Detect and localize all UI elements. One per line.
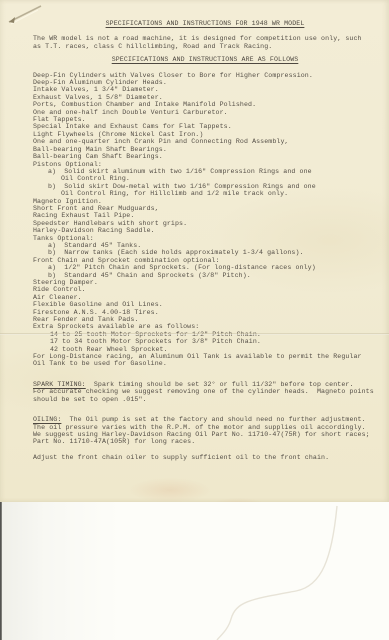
spec-line: 17 to 34 tooth Motor Sprockets for 3/8" … (33, 338, 377, 345)
oiling-label: OILING: (33, 416, 61, 423)
spec-line: Exhaust Valves, 1 5/8" Diameter. (33, 94, 377, 101)
spec-line: Light Flywheels (Chrome Nickel Cast Iron… (33, 131, 377, 138)
document-subtitle: SPECIFICATIONS AND INSTRUCTIONS ARE AS F… (33, 56, 377, 63)
spec-line: For Long-Distance racing, an Aluminum Oi… (33, 353, 377, 360)
spec-line: b) Solid skirt Dow-metal with two 1/16" … (33, 183, 377, 190)
oiling-body: The Oil pump is set at the factory and s… (33, 416, 370, 445)
spec-line: Oil Control Ring. (33, 175, 377, 182)
spec-line: Racing Exhaust Tail Pipe. (33, 212, 377, 219)
spec-line: Special Intake and Exhaust Cams for Flat… (33, 123, 377, 130)
spec-line: Intake Valves, 1 3/4" Diameter. (33, 86, 377, 93)
spec-line: b) Standard 45" Chain and Sprockets (3/8… (33, 272, 377, 279)
spec-line: Speedster Handlebars with short grips. (33, 220, 377, 227)
spec-line: Steering Damper. (33, 279, 377, 286)
spec-line: Deep-Fin Cylinders with Valves Closer to… (33, 72, 377, 79)
spec-line: Ride Control. (33, 286, 377, 293)
spec-line: Tanks Optional: (33, 235, 377, 242)
spec-line: Ball-bearing Cam Shaft Bearings. (33, 153, 377, 160)
spec-line: a) Standard 45" Tanks. (33, 242, 377, 249)
oiling-paragraph: OILING: The Oil pump is set at the facto… (33, 416, 377, 446)
spec-line: Ball-bearing Main Shaft Bearings. (33, 146, 377, 153)
underlying-white-sheet (0, 502, 389, 640)
spec-line: Oil Control Ring, for Hillclimb and 1/2 … (33, 190, 377, 197)
spec-line: Ports, Combustion Chamber and Intake Man… (33, 101, 377, 108)
spec-line: Firestone A.N.S. 4.00-18 Tires. (33, 309, 377, 316)
spec-line: Flexible Gasoline and Oil Lines. (33, 301, 377, 308)
spec-line: a) Solid skirt aluminum with two 1/16" C… (33, 168, 377, 175)
spark-timing-label: SPARK TIMING: (33, 381, 86, 388)
spark-timing-paragraph: SPARK TIMING: Spark timing should be set… (33, 381, 377, 403)
spec-line: 42 tooth Rear Wheel Sprocket. (33, 346, 377, 353)
spec-line: b) Narrow tanks (Each side holds approxi… (33, 249, 377, 256)
spec-line: a) 1/2" Pitch Chain and Sprockets. (For … (33, 264, 377, 271)
spec-line: Short Front and Rear Mudguards, (33, 205, 377, 212)
spec-line: Harley-Davidson Racing Saddle. (33, 227, 377, 234)
spec-line: Pistons Optional: (33, 161, 377, 168)
spec-line: 14 to 25 tooth Motor Sprockets for 1/2" … (33, 331, 377, 338)
spec-list: Deep-Fin Cylinders with Valves Closer to… (33, 72, 377, 368)
document-content: SPECIFICATIONS AND INSTRUCTIONS FOR 1948… (33, 20, 377, 461)
spec-line: Rear Fender and Tank Pads. (33, 316, 377, 323)
typewritten-spec-sheet: SPECIFICATIONS AND INSTRUCTIONS FOR 1948… (0, 0, 389, 502)
document-title: SPECIFICATIONS AND INSTRUCTIONS FOR 1948… (33, 20, 377, 27)
spec-line: Front Chain and Sprocket combination opt… (33, 257, 377, 264)
spec-line: One and one-half inch Double Venturi Car… (33, 109, 377, 116)
spec-line: Air Cleaner. (33, 294, 377, 301)
closing-line: Adjust the front chain oiler to supply s… (33, 454, 377, 461)
intro-paragraph: The WR model is not a road machine, it i… (33, 35, 377, 50)
spec-line: One and one-quarter inch Crank Pin and C… (33, 138, 377, 145)
scanned-document-page: { "colors": { "paper": "#f1ebd2", "ink":… (0, 0, 389, 640)
scan-left-edge-shadow (0, 502, 2, 640)
spec-line: Oil Tank to be used for Gasoline. (33, 360, 377, 367)
spec-line: Extra Sprockets available are as follows… (33, 323, 377, 330)
spec-line: Flat Tappets. (33, 116, 377, 123)
spec-line: Magneto Ignition. (33, 198, 377, 205)
spec-line: Deep-Fin Aluminum Cylinder Heads. (33, 79, 377, 86)
